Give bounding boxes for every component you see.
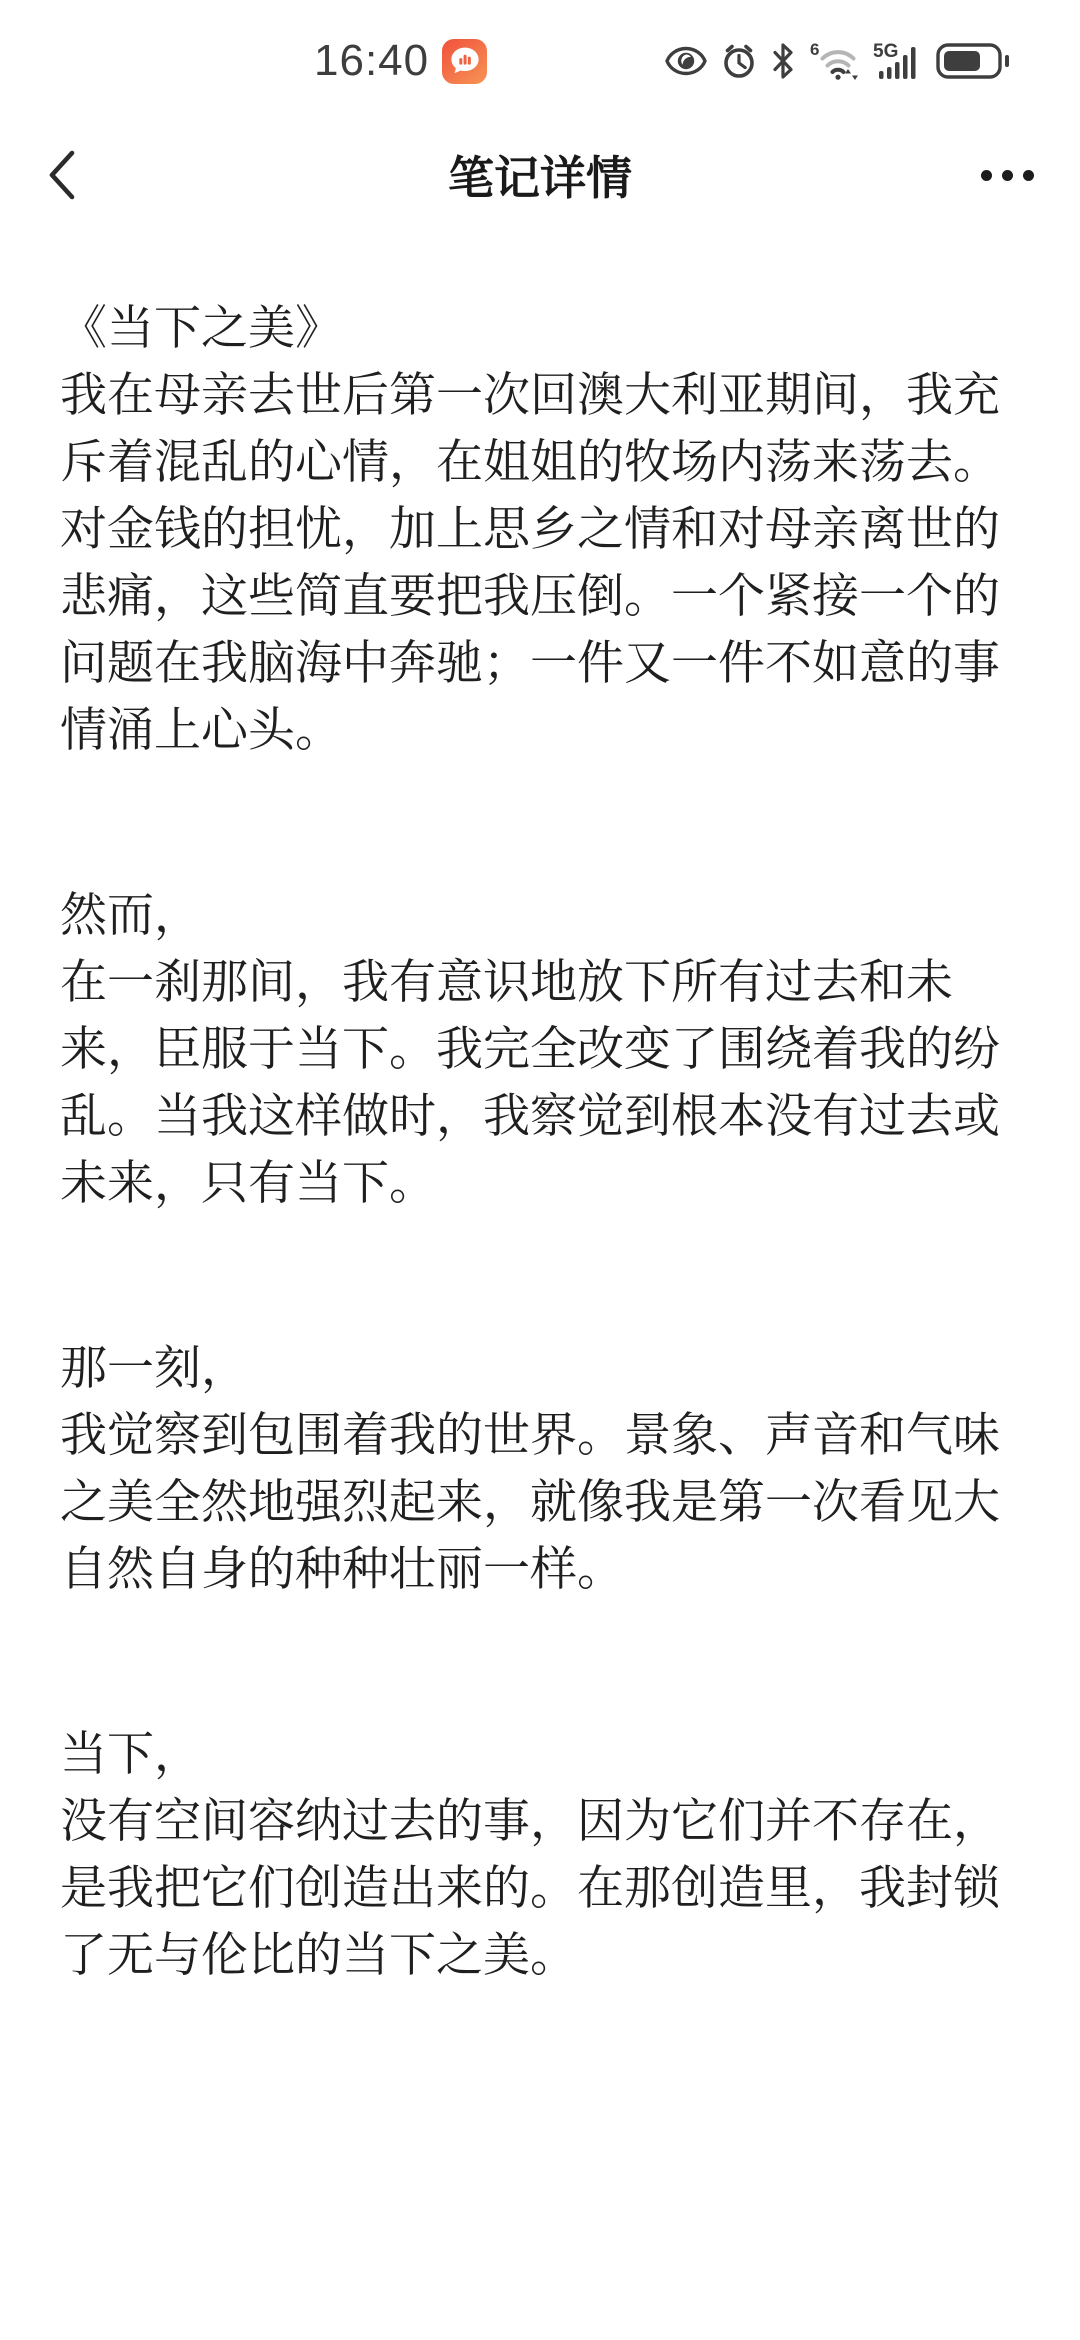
nav-bar: 笔记详情	[0, 108, 1080, 242]
note-paragraph: 那一刻， 我觉察到包围着我的世界。景象、声音和气味 之美全然地强烈起来，就像我是…	[60, 1334, 1020, 1602]
eye-comfort-icon	[665, 46, 707, 76]
more-dot-icon	[981, 170, 992, 181]
more-button[interactable]	[981, 170, 1034, 181]
more-dot-icon	[1023, 170, 1034, 181]
status-time: 16:40	[314, 36, 429, 86]
note-content: 《当下之美》 我在母亲去世后第一次回澳大利亚期间，我充 斥着混乱的心情，在姐姐的…	[0, 242, 1080, 1988]
battery-icon	[936, 42, 1010, 80]
more-dot-icon	[1002, 170, 1013, 181]
status-bar: 16:40	[0, 0, 1080, 108]
alarm-icon	[720, 42, 758, 80]
note-paragraph: 然而， 在一刹那间，我有意识地放下所有过去和未 来，臣服于当下。我完全改变了围绕…	[60, 881, 1020, 1216]
note-paragraph: 《当下之美》 我在母亲去世后第一次回澳大利亚期间，我充 斥着混乱的心情，在姐姐的…	[60, 294, 1020, 763]
network-type-label: 5G	[873, 41, 898, 62]
back-button[interactable]	[46, 149, 76, 201]
signal-5g-icon: 5G	[873, 41, 923, 81]
phone-screen: 16:40	[0, 0, 1080, 2340]
note-paragraph: 当下， 没有空间容纳过去的事，因为它们并不存在， 是我把它们创造出来的。在那创造…	[60, 1720, 1020, 1988]
page-title: 笔记详情	[448, 142, 632, 208]
wifi6-icon: 6	[808, 41, 860, 81]
back-chevron-icon	[46, 149, 76, 201]
status-icon-cluster: 6 5G	[665, 41, 1010, 81]
wifi-generation-label: 6	[810, 41, 819, 59]
bluetooth-icon	[771, 42, 795, 80]
app-notification-icon	[442, 39, 487, 84]
chat-bubble-stats-glyph	[448, 44, 482, 78]
